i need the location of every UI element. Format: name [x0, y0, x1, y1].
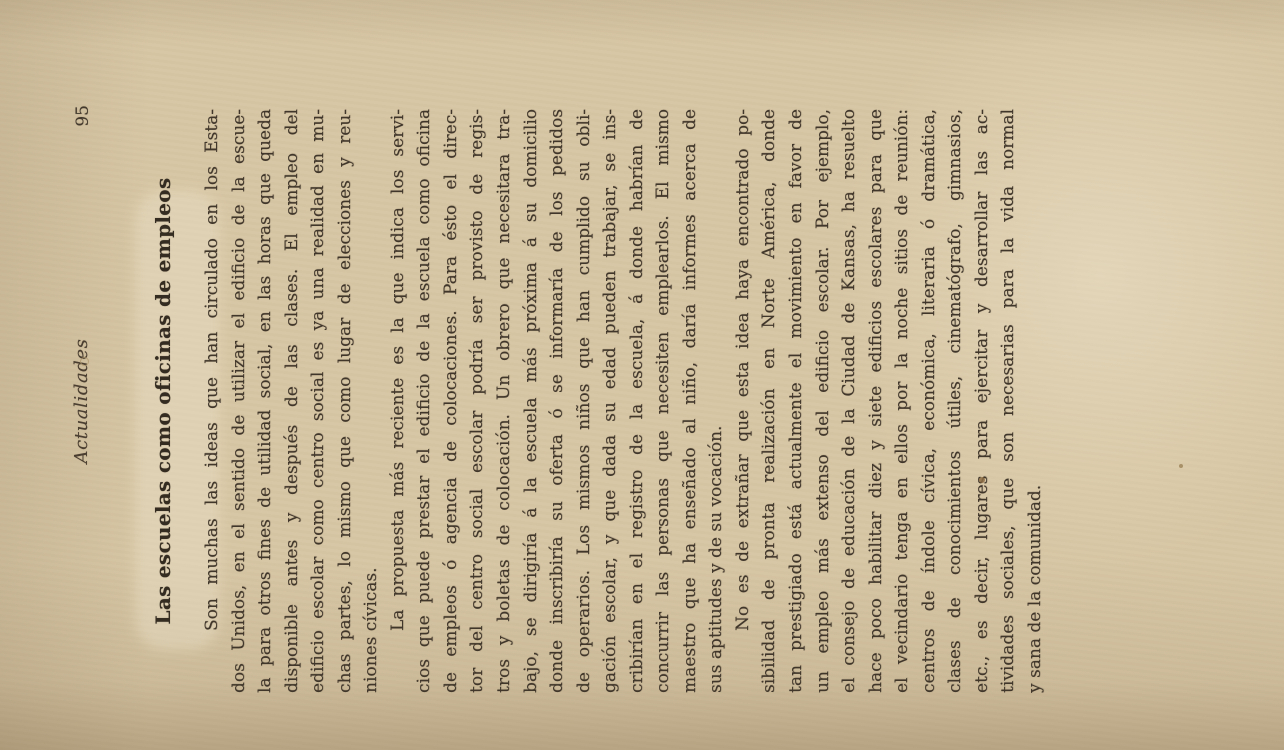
- text-line: tan prestigiado está actualmente el movi…: [783, 109, 810, 693]
- text-line: disponible antes y después de las clases…: [279, 109, 306, 693]
- text-line: edificio escolar como centro social es y…: [305, 109, 332, 693]
- text-line: donde inscribiría su oferta ó se informa…: [544, 109, 571, 693]
- paragraph: No es de extrañar que esta idea haya enc…: [730, 109, 1049, 693]
- text-line: sibilidad de pronta realización en Norte…: [756, 109, 783, 693]
- text-line: bajo, se dirigiría á la escuela más próx…: [518, 109, 545, 693]
- text-line: de empleos ó agencia de colocaciones. Pa…: [438, 109, 465, 693]
- paper-speck: [979, 477, 985, 483]
- book-page: Actualidades 95 Las escuelas como oficin…: [0, 0, 1284, 750]
- text-body: Son muchas las ideas que han circulado e…: [199, 109, 1049, 693]
- paragraph: Son muchas las ideas que han circulado e…: [199, 109, 385, 693]
- text-line: La propuesta más reciente es la que indi…: [385, 109, 412, 631]
- text-line: tor del centro social escolar podría ser…: [464, 109, 491, 693]
- text-line: cribirían en el registro de la escuela, …: [624, 109, 651, 693]
- text-line: la para otros fines de utilidad social, …: [252, 109, 279, 693]
- text-line: y sana de la comunidad.: [1022, 109, 1049, 693]
- text-line: tividades sociales, que son necesarias p…: [995, 109, 1022, 693]
- scanned-page-viewport: Actualidades 95 Las escuelas como oficin…: [0, 0, 1284, 750]
- text-line: dos Unidos, en el sentido de utilizar el…: [226, 109, 253, 693]
- text-line: maestro que ha enseñado al niño, daría i…: [677, 109, 704, 693]
- text-line: niones cívicas.: [358, 109, 385, 693]
- text-line: etc., es decir, lugares para ejercitar y…: [969, 109, 996, 693]
- page-number: 95: [73, 105, 93, 127]
- text-line: el vecindario tenga en ellos por la noch…: [889, 109, 916, 693]
- text-line: tros y boletas de colocación. Un obrero …: [491, 109, 518, 693]
- text-line: centros de índole cívica, económica, lit…: [916, 109, 943, 693]
- paper-speck: [80, 357, 89, 366]
- text-line: el consejo de educación de la Ciudad de …: [836, 109, 863, 693]
- paragraph: La propuesta más reciente es la que indi…: [385, 109, 730, 693]
- text-line: un empleo más extenso del edificio escol…: [810, 109, 837, 693]
- text-line: cios que puede prestar el edificio de la…: [411, 109, 438, 693]
- text-line: Son muchas las ideas que han circulado e…: [199, 109, 226, 631]
- text-line: hace poco habilitar diez y siete edifici…: [863, 109, 890, 693]
- text-line: clases de conocimientos útiles, cinemató…: [942, 109, 969, 693]
- text-line: No es de extrañar que esta idea haya enc…: [730, 109, 757, 631]
- text-line: gación escolar, y que dada su edad puede…: [597, 109, 624, 693]
- running-head: Actualidades: [71, 109, 92, 693]
- text-line: chas partes, lo mismo que como lugar de …: [332, 109, 359, 693]
- text-line: de operarios. Los mismos niños que han c…: [571, 109, 598, 693]
- paper-speck: [1179, 464, 1183, 468]
- text-line: sus aptitudes y de su vocación.: [703, 109, 730, 693]
- article-title: Las escuelas como oficinas de empleos: [151, 109, 175, 693]
- text-line: concurrir las personas que necesiten emp…: [650, 109, 677, 693]
